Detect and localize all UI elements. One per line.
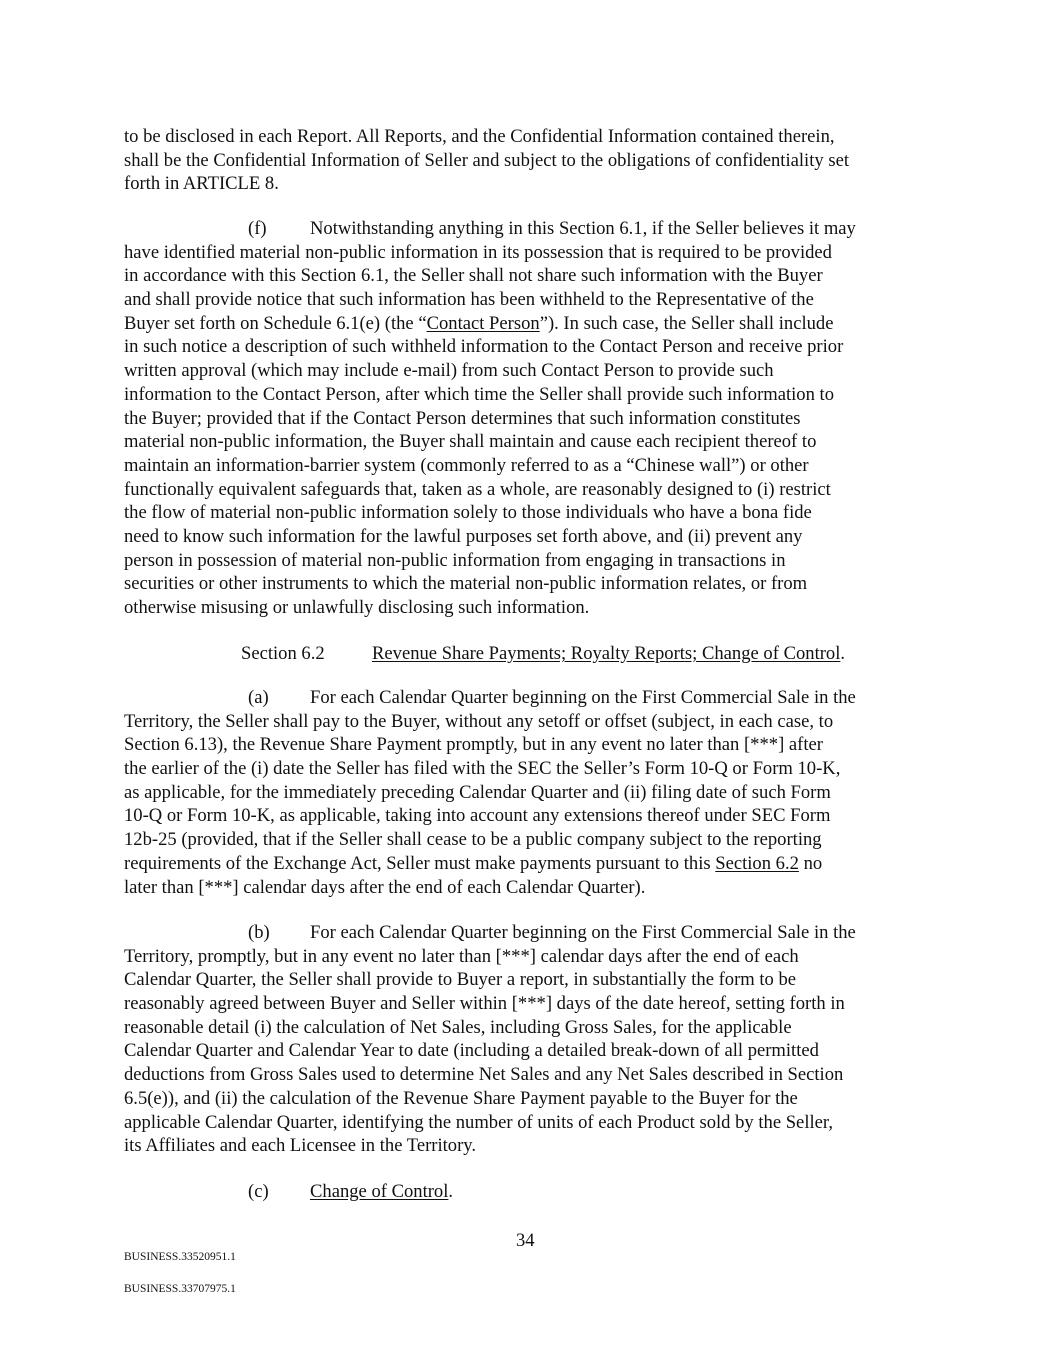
text-line: 10-Q or Form 10-K, as applicable, taking… (124, 804, 944, 828)
text-line: Calendar Quarter and Calendar Year to da… (124, 1039, 944, 1063)
text-line: functionally equivalent safeguards that,… (124, 478, 944, 502)
text-line: Territory, the Seller shall pay to the B… (124, 710, 944, 734)
section-heading: Section 6.2Revenue Share Payments; Royal… (241, 642, 845, 666)
section-title: Revenue Share Payments; Royalty Reports;… (372, 643, 840, 664)
text-line: maintain an information-barrier system (… (124, 454, 944, 478)
text-line: information to the Contact Person, after… (124, 383, 944, 407)
text-line: 12b-25 (provided, that if the Seller sha… (124, 828, 944, 852)
text-line: Territory, promptly, but in any event no… (124, 945, 944, 969)
paragraph-b-first-line: (b)For each Calendar Quarter beginning o… (124, 921, 944, 945)
text-segment: no (799, 853, 822, 874)
text-line: applicable Calendar Quarter, identifying… (124, 1111, 944, 1135)
text-line: the Buyer; provided that if the Contact … (124, 407, 944, 431)
text-line: in accordance with this Section 6.1, the… (124, 264, 944, 288)
paragraph-f-first-line: (f)Notwithstanding anything in this Sect… (124, 217, 944, 241)
text-line: its Affiliates and each Licensee in the … (124, 1134, 944, 1158)
paragraph-label: (a) (248, 686, 310, 710)
intro-paragraph: to be disclosed in each Report. All Repo… (124, 125, 944, 196)
text-line: 6.5(e)), and (ii) the calculation of the… (124, 1087, 944, 1111)
text-line: written approval (which may include e-ma… (124, 359, 944, 383)
text-line: reasonably agreed between Buyer and Sell… (124, 992, 944, 1016)
text-line: and shall provide notice that such infor… (124, 288, 944, 312)
text-line: the earlier of the (i) date the Seller h… (124, 757, 944, 781)
text-line: shall be the Confidential Information of… (124, 149, 944, 173)
defined-term-contact-person: Contact Person (427, 313, 540, 334)
paragraph-label: (b) (248, 921, 310, 945)
text-segment: ”). In such case, the Seller shall inclu… (540, 313, 834, 334)
section-number: Section 6.2 (241, 642, 372, 666)
paragraph-a-first-line: (a)For each Calendar Quarter beginning o… (124, 686, 944, 710)
footer-doc-id: BUSINESS.33520951.1 (124, 1250, 236, 1264)
text-line: have identified material non-public info… (124, 241, 944, 265)
paragraph-label: (f) (248, 217, 310, 241)
title-period: . (448, 1181, 453, 1202)
text-line: person in possession of material non-pub… (124, 549, 944, 573)
text-line: material non-public information, the Buy… (124, 430, 944, 454)
text-line: deductions from Gross Sales used to dete… (124, 1063, 944, 1087)
text-line: as applicable, for the immediately prece… (124, 781, 944, 805)
text-segment: requirements of the Exchange Act, Seller… (124, 853, 715, 874)
text-segment: For each Calendar Quarter beginning on t… (310, 922, 856, 943)
document-page: to be disclosed in each Report. All Repo… (0, 0, 1055, 1365)
text-segment: Buyer set forth on Schedule 6.1(e) (the … (124, 313, 427, 334)
text-line: later than [***] calendar days after the… (124, 876, 944, 900)
text-line: Section 6.13), the Revenue Share Payment… (124, 733, 944, 757)
paragraph-f: (f)Notwithstanding anything in this Sect… (124, 217, 944, 620)
text-line: need to know such information for the la… (124, 525, 944, 549)
text-line: requirements of the Exchange Act, Seller… (124, 852, 944, 876)
text-segment: For each Calendar Quarter beginning on t… (310, 687, 856, 708)
change-of-control-title: Change of Control (310, 1181, 448, 1202)
paragraph-c-heading: (c)Change of Control. (248, 1180, 453, 1204)
paragraph-label: (c) (248, 1180, 310, 1204)
text-line: to be disclosed in each Report. All Repo… (124, 125, 944, 149)
paragraph-b: (b)For each Calendar Quarter beginning o… (124, 921, 944, 1158)
paragraph-a: (a)For each Calendar Quarter beginning o… (124, 686, 944, 899)
footer-doc-id: BUSINESS.33707975.1 (124, 1282, 236, 1296)
text-line: forth in ARTICLE 8. (124, 172, 944, 196)
page-number: 34 (516, 1229, 535, 1253)
text-segment: Notwithstanding anything in this Section… (310, 218, 856, 239)
text-line: securities or other instruments to which… (124, 572, 944, 596)
text-line: the flow of material non-public informat… (124, 501, 944, 525)
text-line: in such notice a description of such wit… (124, 335, 944, 359)
section-6-2-reference: Section 6.2 (715, 853, 799, 874)
text-line: Calendar Quarter, the Seller shall provi… (124, 968, 944, 992)
text-line: otherwise misusing or unlawfully disclos… (124, 596, 944, 620)
text-line: Buyer set forth on Schedule 6.1(e) (the … (124, 312, 944, 336)
text-line: reasonable detail (i) the calculation of… (124, 1016, 944, 1040)
section-title-period: . (840, 643, 845, 664)
